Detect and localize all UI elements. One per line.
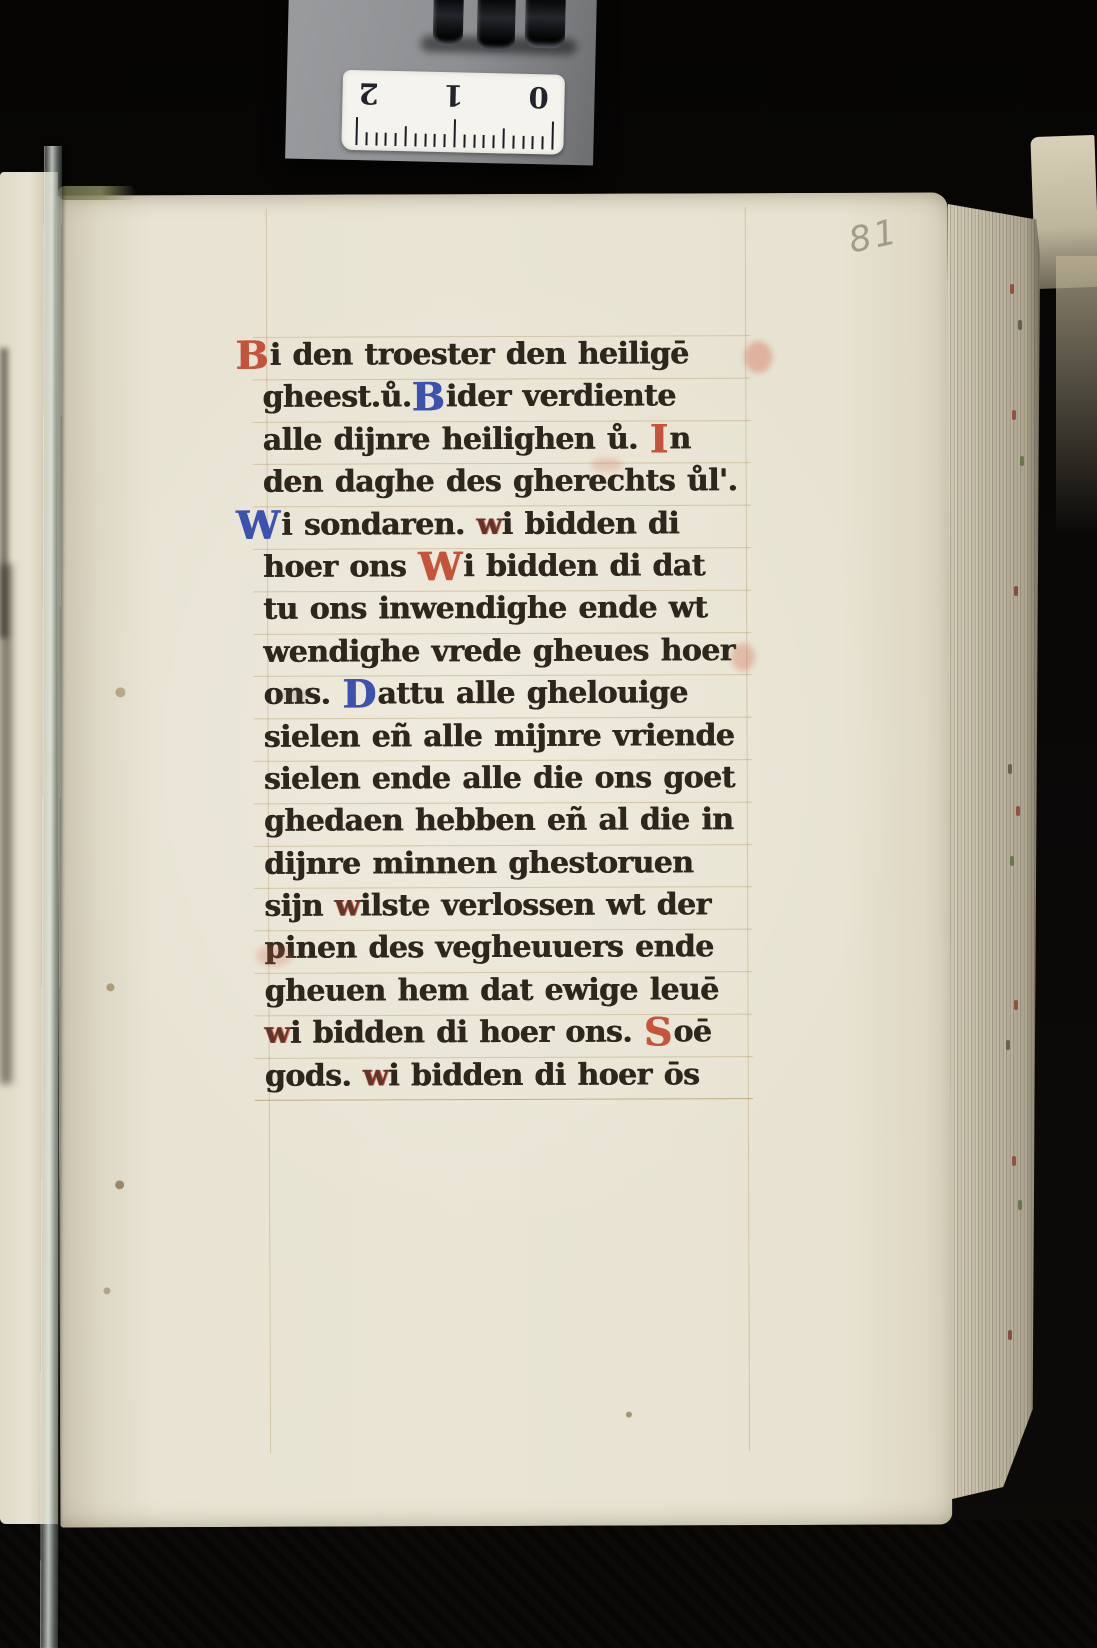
ruler-number: 2 <box>358 76 379 110</box>
gutter-shadow <box>0 564 12 1084</box>
text-line: Bi den troester den heiligē <box>235 333 765 377</box>
text-segment: i bidden di hoer ons. <box>290 1015 644 1051</box>
text-segment: i bidden di hoer ōs <box>388 1057 699 1093</box>
page-edge-fleck <box>1018 320 1022 330</box>
page-edge-fleck <box>1018 1200 1022 1210</box>
text-segment: ilste verlossen wt der <box>360 887 711 923</box>
page-edge-fleck <box>1020 456 1024 466</box>
text-segment: gods. <box>265 1058 363 1093</box>
glass-plate <box>40 146 62 1648</box>
page-stain <box>103 1287 110 1294</box>
clip-prong <box>433 0 464 46</box>
text-line: alle dijnre heilighen ů. In <box>235 418 765 462</box>
ruler-tick <box>463 135 465 148</box>
text-line: Wi sondaren. wi bidden di <box>236 503 766 547</box>
illuminated-initial: S <box>644 1010 672 1056</box>
illuminated-initial: W <box>236 502 279 548</box>
text-line: gheuen hem dat ewige leuē <box>237 969 767 1013</box>
text-segment: ider verdiente <box>446 379 676 415</box>
ruler-tick <box>493 135 495 148</box>
text-segment: sijn <box>264 889 335 924</box>
ruler-tick <box>473 135 475 148</box>
text-segment: gheuen hem dat ewige leuē <box>264 972 718 1009</box>
ruler-number: 0 <box>528 80 549 114</box>
illuminated-initial: I <box>650 416 668 462</box>
text-block: Bi den troester den heiligēgheest.ů.Bide… <box>235 333 768 1098</box>
text-segment: oē <box>673 1015 711 1050</box>
fore-edge-stack <box>948 204 1040 1500</box>
text-segment: alle dijnre heilighen ů. <box>262 421 649 457</box>
illuminated-initial: W <box>418 544 461 590</box>
text-segment: w <box>363 1058 388 1093</box>
illuminated-initial: B <box>411 375 444 421</box>
text-segment: pinen des vegheuuers ende <box>264 930 713 967</box>
page-edge-fleck <box>1010 856 1014 866</box>
text-line: hoer ons Wi bidden di dat <box>236 545 766 589</box>
text-segment: i sondaren. <box>281 507 476 543</box>
page-edge-fleck <box>1008 764 1012 774</box>
ruler-tick <box>512 136 514 149</box>
text-segment: n <box>669 421 690 456</box>
manuscript-page: Bi den troester den heiligēgheest.ů.Bide… <box>56 192 953 1527</box>
clip-prong <box>477 0 516 52</box>
clip-prong <box>525 0 566 49</box>
text-line: tu ons inwendighe ende wt <box>236 587 766 631</box>
text-line: ons. Dattu alle ghelouige <box>236 672 766 716</box>
text-line: wi bidden di hoer ons. Soē <box>238 1011 768 1055</box>
ruler-number: 1 <box>443 78 464 112</box>
ruler-tick <box>375 133 377 146</box>
page-stain <box>115 1180 124 1189</box>
text-segment: sielen eñ alle mijnre vriende <box>264 718 735 755</box>
text-line: dijnre minnen ghestoruen <box>237 842 767 886</box>
text-segment: w <box>476 507 501 542</box>
text-line: gheest.ů.Bider verdiente <box>235 375 765 419</box>
text-line: ghedaen hebben eñ al die in <box>237 799 767 843</box>
page-edge-fleck <box>1012 1156 1016 1166</box>
ink-smudge <box>256 945 292 967</box>
text-segment: wendighe vrede gheues hoer <box>263 633 735 670</box>
ruler-tick <box>453 119 456 147</box>
text-segment: attu alle ghelouige <box>377 675 687 711</box>
text-line: sielen ende alle die ons goet <box>237 757 767 801</box>
text-line: gods. wi bidden di hoer ōs <box>238 1054 768 1098</box>
binder-clip <box>433 0 566 57</box>
text-segment: w <box>335 889 360 924</box>
text-segment: hoer ons <box>263 549 418 585</box>
ruler-tick <box>365 132 367 145</box>
page-stain <box>115 687 125 697</box>
ruler-ticks <box>355 115 552 149</box>
ruler-sticker: 2 1 0 <box>341 70 565 155</box>
folio-number: 81 <box>845 212 903 262</box>
ink-smudge <box>591 458 623 472</box>
text-segment: w <box>265 1016 290 1051</box>
ruler-tick <box>532 136 534 149</box>
text-line: pinen des vegheuuers ende <box>237 927 767 971</box>
text-segment: tu ons inwendighe ende wt <box>263 591 707 628</box>
ruler-tick <box>444 134 446 147</box>
black-cloth-surface <box>0 1520 1097 1648</box>
page-edge-fleck <box>1012 410 1016 420</box>
text-segment: ghedaen hebben eñ al die in <box>264 802 733 839</box>
ruler-tick <box>551 122 554 150</box>
text-line: wendighe vrede gheues hoer <box>236 630 766 674</box>
ruler-tick <box>542 136 544 149</box>
text-segment: den daghe des gherechts ůl'. <box>263 463 738 500</box>
page-edge-fleck <box>1006 1040 1010 1050</box>
headband <box>58 186 136 200</box>
text-segment: i bidden di dat <box>463 548 705 584</box>
scale-card: 2 1 0 <box>285 0 597 165</box>
ruler-tick <box>414 133 416 146</box>
text-segment: dijnre minnen ghestoruen <box>264 845 693 881</box>
ruler-tick <box>434 134 436 147</box>
page-stain <box>279 689 309 701</box>
page-edge-fleck <box>1016 806 1020 816</box>
text-segment: i bidden di <box>502 506 679 542</box>
text-segment: gheest.ů. <box>262 380 411 416</box>
page-stain <box>626 1412 632 1418</box>
ink-smudge <box>731 643 755 671</box>
ruler-tick <box>404 126 406 146</box>
illuminated-initial: B <box>235 333 268 379</box>
page-edge-fleck <box>1008 1330 1012 1340</box>
page-stain <box>106 983 114 991</box>
ruler-tick <box>522 136 524 149</box>
ruler-tick <box>502 128 504 148</box>
ruler-tick <box>395 133 397 146</box>
text-line: den daghe des gherechts ůl'. <box>236 460 766 504</box>
illuminated-initial: D <box>342 672 375 718</box>
page-edge-fleck <box>1014 586 1018 596</box>
text-segment: i den troester den heiligē <box>270 336 689 372</box>
page-edge-fleck <box>1014 1000 1018 1010</box>
ruler-tick <box>424 134 426 147</box>
text-segment: sielen ende alle die ons goet <box>264 760 735 797</box>
ruler-tick <box>385 133 387 146</box>
photo-background: { "folio": { "number": "81" }, "ruler": … <box>0 0 1097 1648</box>
ruler-tick <box>355 117 358 145</box>
binding-cover-edge <box>1056 256 1097 536</box>
text-line: sijn wilste verlossen wt der <box>237 884 767 928</box>
page-edge-fleck <box>1010 284 1014 294</box>
ruler-tick <box>483 135 485 148</box>
text-line: sielen eñ alle mijnre vriende <box>236 715 766 759</box>
ink-smudge <box>744 341 772 373</box>
